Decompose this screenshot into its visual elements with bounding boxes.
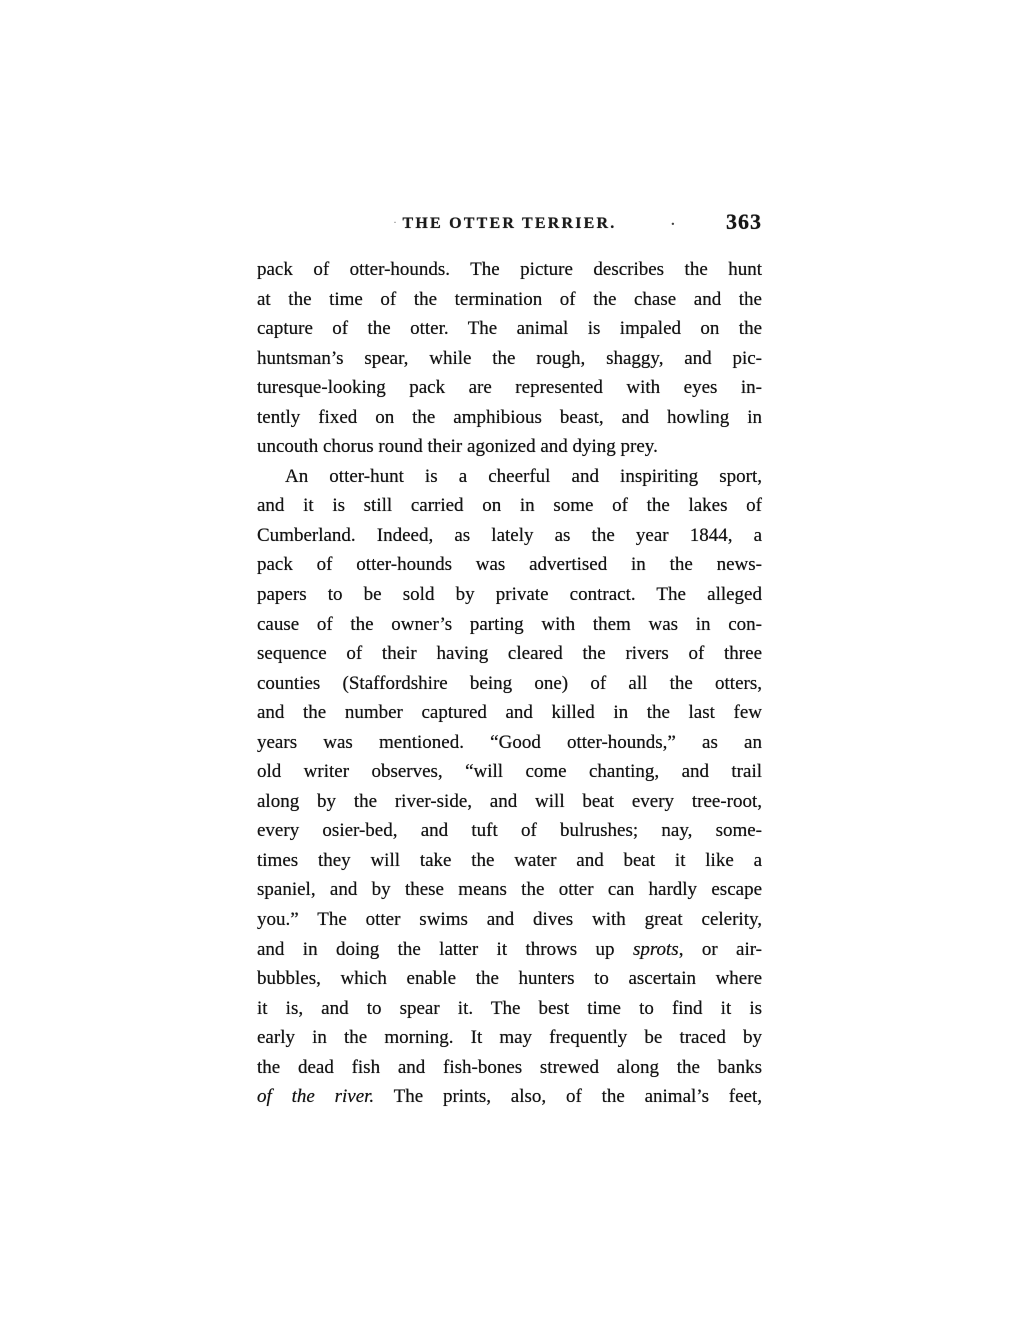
text-line: bubbles, which enable the hunters to asc…	[257, 964, 762, 994]
text-line: uncouth chorus round their agonized and …	[257, 432, 762, 462]
body-text: Cumberland. Indeed, as lately as the yea…	[257, 525, 762, 546]
page-number: 363	[726, 209, 762, 235]
text-line: spaniel, and by these means the otter ca…	[257, 875, 762, 905]
italic-text: sprots	[633, 939, 679, 960]
body-text: bubbles, which enable the hunters to asc…	[257, 968, 762, 989]
text-line: times they will take the water and beat …	[257, 846, 762, 876]
text-line: and the number captured and killed in th…	[257, 698, 762, 728]
text-line: turesque-looking pack are represented wi…	[257, 373, 762, 403]
body-text: and it is still carried on in some of th…	[257, 495, 762, 516]
text-line: early in the morning. It may frequently …	[257, 1023, 762, 1053]
text-line: old writer observes, “will come chanting…	[257, 757, 762, 787]
text-line: and it is still carried on in some of th…	[257, 491, 762, 521]
body-text: early in the morning. It may frequently …	[257, 1027, 762, 1048]
body-text: pack of otter-hounds was advertised in t…	[257, 554, 762, 575]
body-text: and the number captured and killed in th…	[257, 702, 762, 723]
text-line: papers to be sold by private contract. T…	[257, 580, 762, 610]
text-line: Cumberland. Indeed, as lately as the yea…	[257, 521, 762, 551]
body-text: years was mentioned. “Good otter-hounds,…	[257, 732, 762, 753]
italic-text: of the river.	[257, 1086, 374, 1107]
body-text: at the time of the termination of the ch…	[257, 289, 762, 310]
body-text: cause of the owner’s parting with them w…	[257, 614, 762, 635]
body-text: papers to be sold by private contract. T…	[257, 584, 762, 605]
text-line: sequence of their having cleared the riv…	[257, 639, 762, 669]
text-line: the dead fish and fish-bones strewed alo…	[257, 1053, 762, 1083]
body-text: and in doing the latter it throws up	[257, 939, 633, 960]
text-line: every osier-bed, and tuft of bulrushes; …	[257, 816, 762, 846]
scan-artifact-dot: .	[671, 213, 675, 230]
body-text: the dead fish and fish-bones strewed alo…	[257, 1057, 762, 1078]
body-text: old writer observes, “will come chanting…	[257, 761, 762, 782]
text-line: you.” The otter swims and dives with gre…	[257, 905, 762, 935]
body-text: times they will take the water and beat …	[257, 850, 762, 871]
body-text: uncouth chorus round their agonized and …	[257, 436, 658, 457]
body-text: every osier-bed, and tuft of bulrushes; …	[257, 820, 762, 841]
body-text: counties (Staffordshire being one) of al…	[257, 673, 762, 694]
text-line: counties (Staffordshire being one) of al…	[257, 669, 762, 699]
body-text: spaniel, and by these means the otter ca…	[257, 879, 762, 900]
body-text: turesque-looking pack are represented wi…	[257, 377, 762, 398]
text-line: of the river. The prints, also, of the a…	[257, 1082, 762, 1112]
scan-artifact-mark: ·	[393, 215, 397, 230]
text-line: capture of the otter. The animal is impa…	[257, 314, 762, 344]
text-line: pack of otter-hounds. The picture descri…	[257, 255, 762, 285]
text-line: pack of otter-hounds was advertised in t…	[257, 550, 762, 580]
body-text: The prints, also, of the animal’s feet,	[374, 1086, 762, 1107]
body-text: you.” The otter swims and dives with gre…	[257, 909, 762, 930]
text-line: at the time of the termination of the ch…	[257, 285, 762, 315]
text-line: it is, and to spear it. The best time to…	[257, 994, 762, 1024]
text-line: and in doing the latter it throws up spr…	[257, 935, 762, 965]
page-header: · THE OTTER TERRIER. . 363	[257, 209, 762, 239]
text-line: tently fixed on the amphibious beast, an…	[257, 403, 762, 433]
running-title: THE OTTER TERRIER.	[402, 215, 616, 233]
text-line: years was mentioned. “Good otter-hounds,…	[257, 728, 762, 758]
book-page: · THE OTTER TERRIER. . 363 pack of otter…	[0, 0, 1033, 1339]
body-text: , or air-	[679, 939, 762, 960]
text-line: along by the river-side, and will beat e…	[257, 787, 762, 817]
body-text: An otter-hunt is a cheerful and inspirit…	[285, 466, 762, 487]
text-line: An otter-hunt is a cheerful and inspirit…	[257, 462, 762, 492]
body-text: capture of the otter. The animal is impa…	[257, 318, 762, 339]
body-text: tently fixed on the amphibious beast, an…	[257, 407, 762, 428]
text-line: cause of the owner’s parting with them w…	[257, 610, 762, 640]
body-text: it is, and to spear it. The best time to…	[257, 998, 762, 1019]
text-block: pack of otter-hounds. The picture descri…	[257, 255, 762, 1112]
body-text: along by the river-side, and will beat e…	[257, 791, 762, 812]
text-line: huntsman’s spear, while the rough, shagg…	[257, 344, 762, 374]
body-text: huntsman’s spear, while the rough, shagg…	[257, 348, 762, 369]
body-text: sequence of their having cleared the riv…	[257, 643, 762, 664]
body-text: pack of otter-hounds. The picture descri…	[257, 259, 762, 280]
